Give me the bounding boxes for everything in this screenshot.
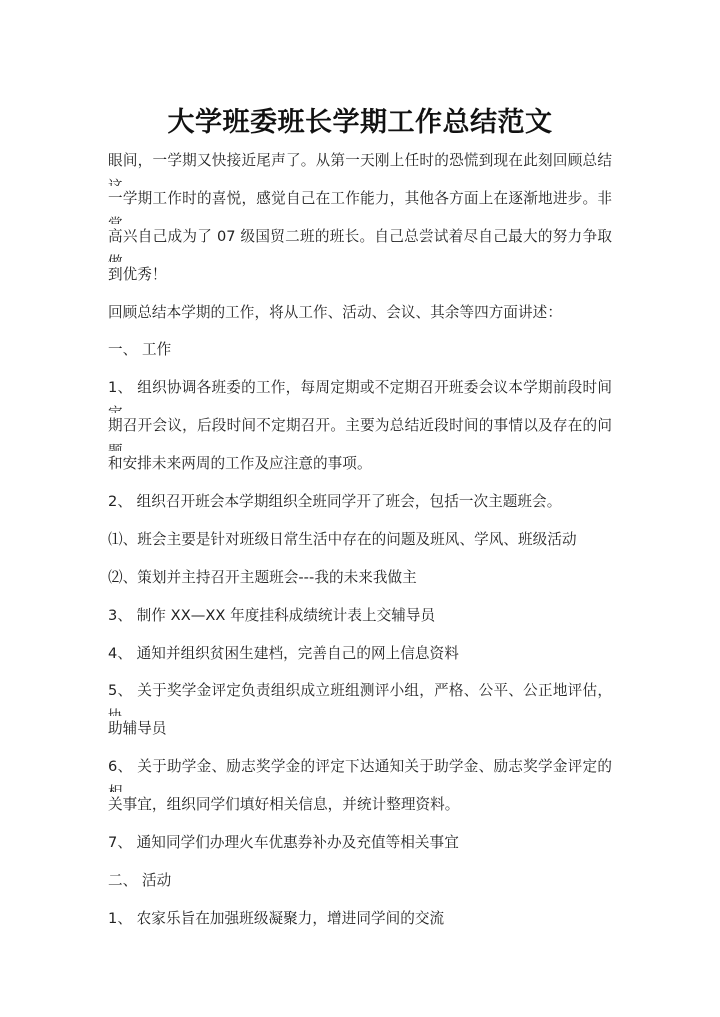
list-item-line: 1、 组织协调各班委的工作，每周定期或不定期召开班委会议本学期前段时间定: [108, 375, 612, 413]
list-item-line: 1、 农家乐旨在加强班级凝聚力，增进同学间的交流: [108, 906, 612, 944]
list-item-line: 和安排未来两周的工作及应注意的事项。: [108, 451, 612, 489]
list-item-line: 助辅导员: [108, 716, 612, 754]
list-item-line: 关事宜，组织同学们填好相关信息，并统计整理资料。: [108, 792, 612, 830]
document-title: 大学班委班长学期工作总结范文: [0, 100, 720, 139]
list-item-line: 7、 通知同学们办理火车优惠券补办及充值等相关事宜: [108, 830, 612, 868]
paragraph-line: 一学期工作时的喜悦，感觉自己在工作能力，其他各方面上在逐渐地进步。非常: [108, 186, 612, 224]
sub-item-line: ⑴、班会主要是针对班级日常生活中存在的问题及班风、学风、班级活动: [108, 527, 612, 565]
document-body: 眼间，一学期又快接近尾声了。从第一天刚上任时的恐慌到现在此刻回顾总结这 一学期工…: [108, 148, 612, 944]
section-heading: 二、 活动: [108, 868, 612, 906]
paragraph-line: 高兴自己成为了 07 级国贸二班的班长。自己总尝试着尽自己最大的努力争取做: [108, 224, 612, 262]
section-heading: 一、 工作: [108, 337, 612, 375]
list-item-line: 3、 制作 XX—XX 年度挂科成绩统计表上交辅导员: [108, 603, 612, 641]
document-page: 大学班委班长学期工作总结范文 眼间，一学期又快接近尾声了。从第一天刚上任时的恐慌…: [0, 0, 720, 1017]
paragraph-line: 眼间，一学期又快接近尾声了。从第一天刚上任时的恐慌到现在此刻回顾总结这: [108, 148, 612, 186]
list-item-line: 2、 组织召开班会本学期组织全班同学开了班会，包括一次主题班会。: [108, 489, 612, 527]
list-item-line: 4、 通知并组织贫困生建档，完善自己的网上信息资料: [108, 641, 612, 679]
list-item-line: 5、 关于奖学金评定负责组织成立班组测评小组，严格、公平、公正地评估，协: [108, 678, 612, 716]
paragraph-line: 到优秀！: [108, 262, 612, 300]
paragraph-line: 回顾总结本学期的工作，将从工作、活动、会议、其余等四方面讲述：: [108, 300, 612, 338]
list-item-line: 期召开会议，后段时间不定期召开。主要为总结近段时间的事情以及存在的问题: [108, 413, 612, 451]
list-item-line: 6、 关于助学金、励志奖学金的评定下达通知关于助学金、励志奖学金评定的相: [108, 754, 612, 792]
sub-item-line: ⑵、策划并主持召开主题班会---我的未来我做主: [108, 565, 612, 603]
